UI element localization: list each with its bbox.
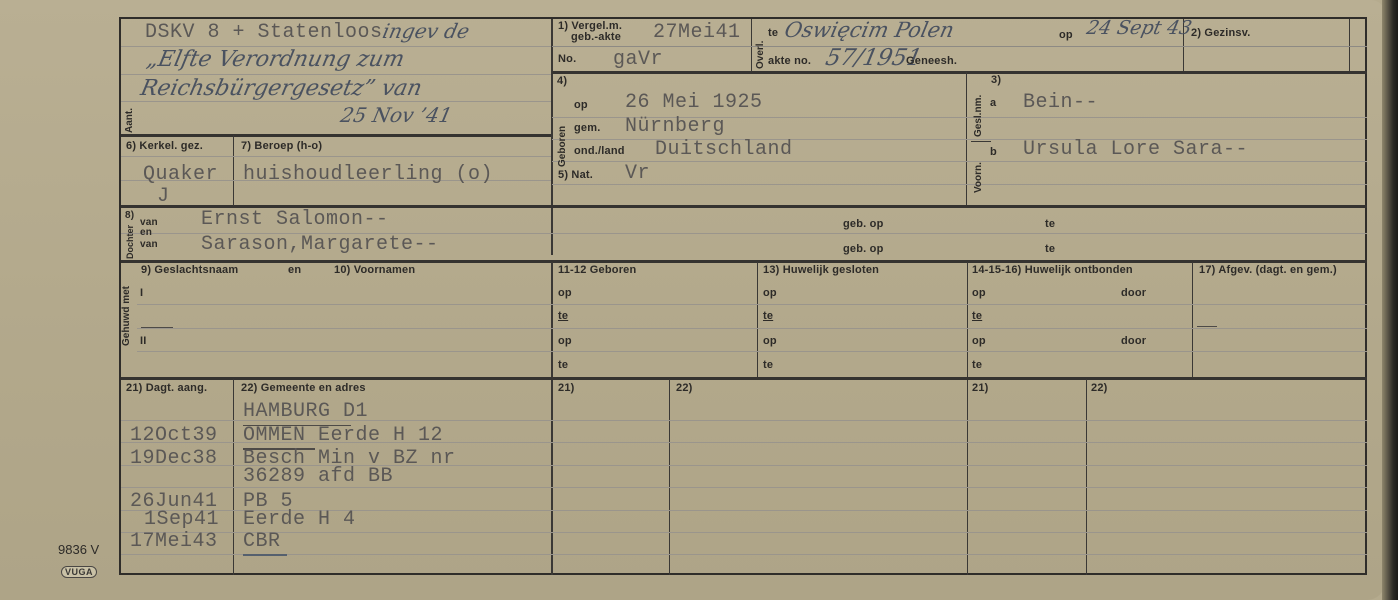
vergel-value: 27Mei41 [653,21,741,44]
overl-side-label: Overl. [755,41,766,69]
surname: Bein-- [1023,91,1098,114]
marriage-header: 13) Huwelijk gesloten [763,264,879,276]
firstname-side-label: Voorn. [973,162,984,193]
divider [551,19,553,255]
occupation-label: 7) Beroep (h-o) [241,140,322,152]
birth-date: 26 Mei 1925 [625,91,763,114]
gezinsv-label: 2) Gezinsv. [1191,27,1250,39]
spouse2-born-op: op [558,335,572,347]
birth-gem-label: gem. [574,122,600,134]
annotation-handwritten-2: „Elfte Verordnung zum [144,47,406,72]
birth-place: Nürnberg [625,115,725,138]
father-name: Ernst Salomon-- [201,208,389,231]
col22-header-2: 22) [676,382,693,394]
printer-stamp: VUGA [61,566,97,578]
gemeente-header: 22) Gemeente en adres [241,382,366,394]
rule [121,101,551,102]
separator [141,327,173,328]
surname-side-label: Gesl.nm. [973,95,984,137]
mother-name: Sarason,Margarete-- [201,233,439,256]
geneesh-label: Geneesh. [906,55,957,67]
divider [967,262,968,575]
divorce1-op: op [972,287,986,299]
col21-header-3: 21) [972,382,989,394]
divorce-header: 14-15-16) Huwelijk ontbonden [972,264,1133,276]
parents-section-label: 8) [125,210,134,221]
registration-card-form: Aant. DSKV 8 + Statenloos ingev de „Elft… [119,17,1367,575]
afgev-header: 17) Afgev. (dagt. en gem.) [1199,264,1337,276]
separator [1197,326,1217,327]
geboren-side-label: Geboren [557,126,568,167]
rule [552,46,1367,47]
divorce1-door: door [1121,287,1146,299]
spouse1-born-op: op [558,287,572,299]
divorce2-door: door [1121,335,1146,347]
rule-bold [121,377,1367,380]
overl-place: Oswięcim Polen [782,18,956,42]
rule [137,351,1367,352]
divorce2-op: op [972,335,986,347]
date-row-6: 1Sep41 [144,508,219,531]
religion-label: 6) Kerkel. gez. [126,140,203,152]
rule [971,141,991,142]
col21-header-2: 21) [558,382,575,394]
underline [243,554,287,556]
geboren-section-label: 4) [557,75,567,87]
address-row-4: 36289 afd BB [243,465,393,488]
rule [137,304,1367,305]
akte-no-label: akte no. [768,55,811,67]
annotation-handwritten-4: 25 Nov ’41 [338,103,454,127]
firstname-letter: b [990,146,997,158]
annotation-handwritten-1: ingev de [380,19,471,43]
dochter-side-label: Dochter [125,225,135,259]
geb-akte-label: geb.-akte [571,31,621,43]
rule [121,74,551,75]
overl-op-label: op [1059,29,1073,41]
card-edge-shadow [1382,0,1398,600]
annotation-label: Aant. [124,108,135,133]
nationality-label: 5) Nat. [558,169,593,181]
spouse1-born-te: te [558,310,568,322]
spouse2-born-te: te [558,359,568,371]
no-label: No. [558,53,576,65]
date-row-3: 19Dec38 [130,447,218,470]
divider [551,262,553,575]
divorce2-te: te [972,359,982,371]
no-value: gaVr [613,48,663,71]
rule-bold [121,260,1367,263]
overl-te-label: te [768,27,778,39]
marriage2-op: op [763,335,777,347]
annotation-typed: DSKV 8 + Statenloos [145,21,383,44]
divider [669,379,670,575]
marriage2-te: te [763,359,773,371]
divider [757,262,758,378]
marriage1-op: op [763,287,777,299]
address-row-1: HAMBURG D1 [243,400,368,423]
dagt-header: 21) Dagt. aang. [126,382,207,394]
surname-letter: a [990,97,996,109]
divider [1086,379,1087,575]
divider [233,135,234,206]
annotation-handwritten-3: Reichsbürgergesetz” van [138,76,424,101]
rule-bold [552,71,1367,74]
en-header: en [288,264,301,276]
date-row-2: 12Oct39 [130,424,218,447]
birth-land-label: ond./land [574,145,625,157]
spouse-row-II: II [140,335,147,347]
occupation: huishoudleerling (o) [243,163,493,186]
father-geb-op-label: geb. op [843,218,884,230]
first-names: Ursula Lore Sara-- [1023,138,1248,161]
date-row-7: 17Mei43 [130,530,218,553]
father-te-label: te [1045,218,1055,230]
overl-date: 24 Sept 43 [1085,17,1194,39]
rule [137,328,1367,329]
rule [121,156,551,157]
rule [121,554,1367,555]
surname-header: 9) Geslachtsnaam [141,264,238,276]
rule [552,161,1367,162]
address-row-2: OMMEN Eerde H 12 [243,424,443,447]
mother-te-label: te [1045,243,1055,255]
divorce1-te: te [972,310,982,322]
spouse-row-I: I [140,287,143,299]
birth-date-label: op [574,99,588,111]
firstnames-header: 10) Voornamen [334,264,415,276]
rule-bold [121,134,551,137]
birth-country: Duitschland [655,138,793,161]
address-row-7: CBR [243,530,281,553]
en-label: en [140,227,152,238]
mother-van-label: van [140,239,158,250]
nationality: Vr [625,162,650,185]
gehuwd-side-label: Gehuwd met [121,286,132,346]
rule [121,532,1367,533]
religion: Quaker [143,163,218,186]
divider [233,379,234,575]
marriage1-te: te [763,310,773,322]
mother-geb-op-label: geb. op [843,243,884,255]
divider [1192,262,1193,378]
address-row-6: Eerde H 4 [243,508,356,531]
rule [552,184,1367,185]
spouse-born-header: 11-12 Geboren [558,264,636,276]
form-number: 9836 V [58,542,99,557]
religion-mark: J [157,185,170,208]
col22-header-3: 22) [1091,382,1108,394]
name-section-label: 3) [991,74,1001,86]
